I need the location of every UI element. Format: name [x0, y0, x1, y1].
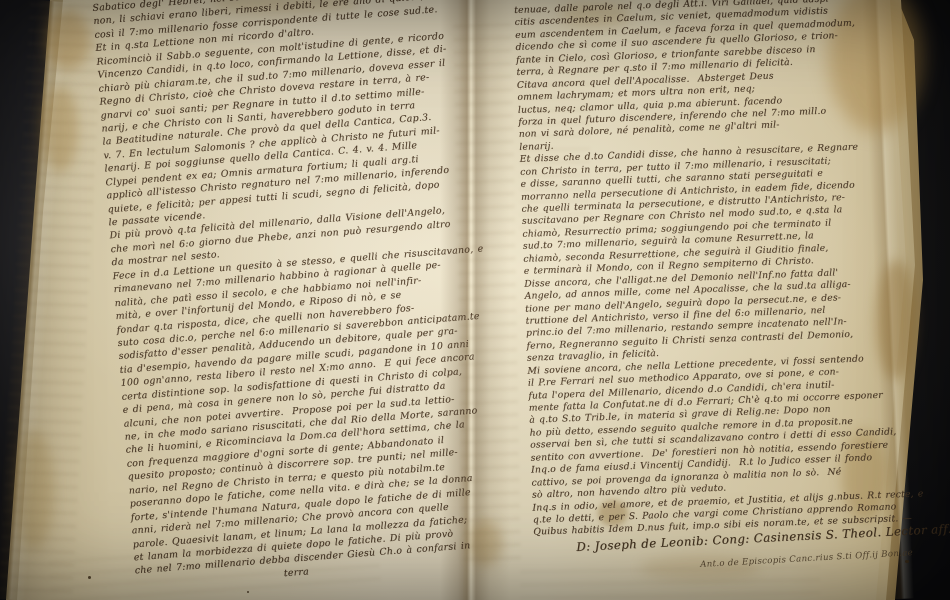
ink-speck: [88, 576, 91, 579]
right-page-text: tenuae, dalle parole nel q.o degli Att.i…: [514, 0, 895, 539]
left-page-text: Sabatico degl' Hebrei, nel settimo vacan…: [92, 0, 507, 592]
ink-speck: [905, 560, 909, 563]
ink-speck: [247, 591, 249, 593]
manuscript-photograph: Sabatico degl' Hebrei, nel settimo vacan…: [0, 0, 950, 600]
